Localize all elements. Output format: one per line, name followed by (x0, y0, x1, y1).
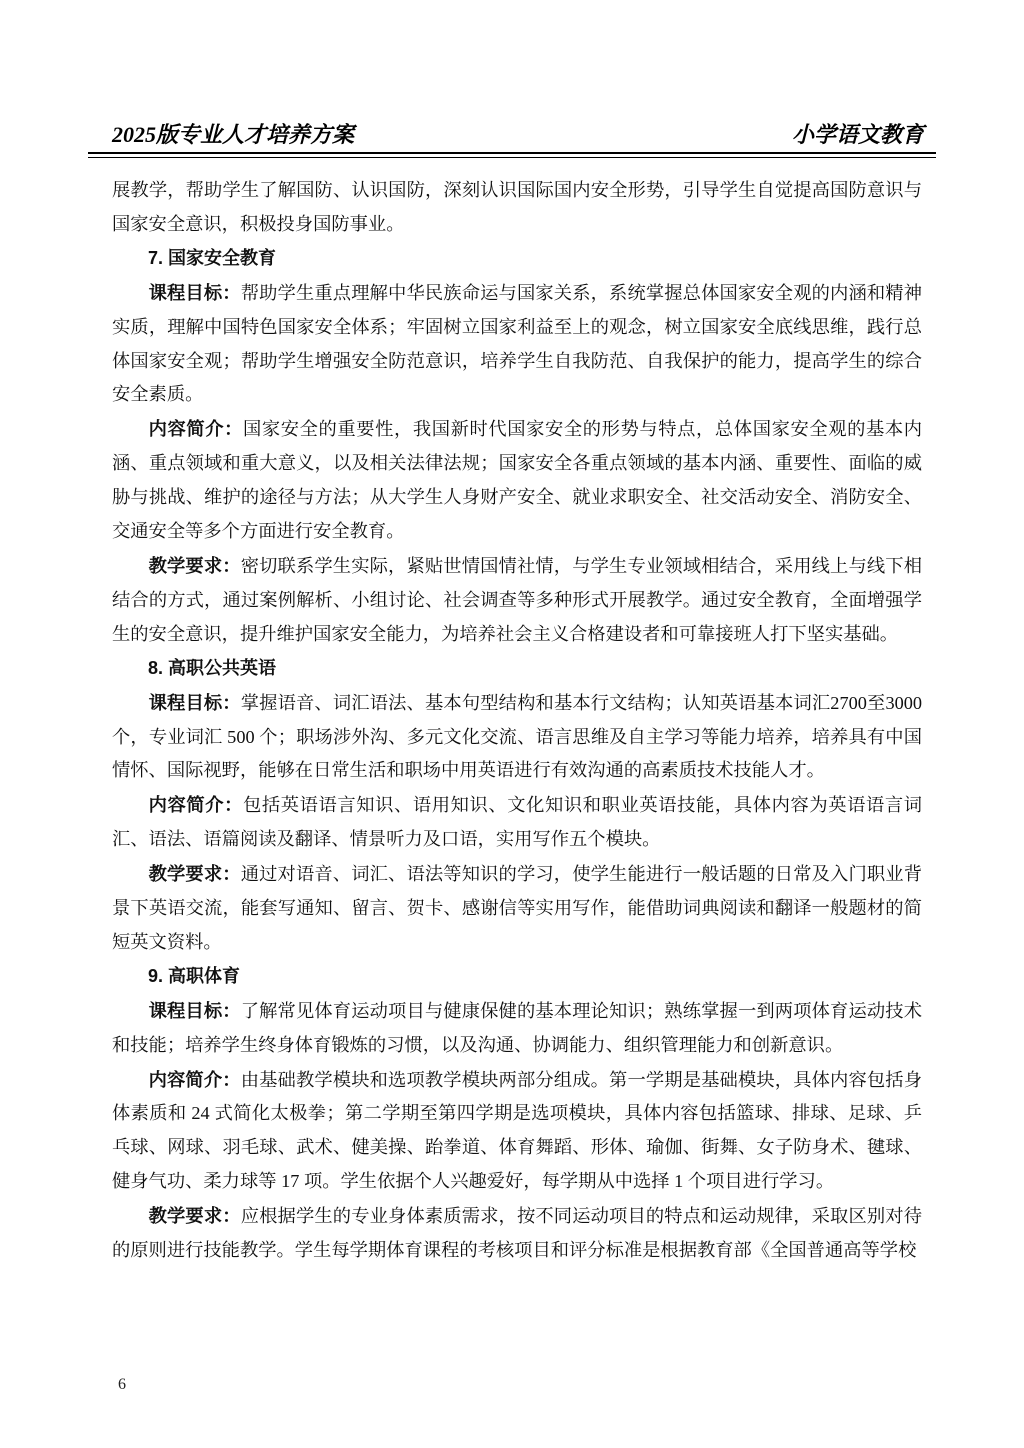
paragraph: 课程目标：帮助学生重点理解中华民族命运与国家关系，系统掌握总体国家安全观的内涵和… (112, 276, 922, 413)
paragraph: 内容简介：由基础教学模块和选项教学模块两部分组成。第一学期是基础模块，具体内容包… (112, 1063, 922, 1200)
paragraph: 教学要求：通过对语音、词汇、语法等知识的学习，使学生能进行一般话题的日常及入门职… (112, 857, 922, 960)
paragraph: 展教学，帮助学生了解国防、认识国防，深刻认识国际国内安全形势，引导学生自觉提高国… (112, 174, 922, 242)
paragraph-label: 教学要求： (149, 1205, 241, 1226)
section-heading: 9. 高职体育 (112, 960, 922, 994)
header-double-rule (88, 152, 936, 158)
paragraph-label: 内容简介： (149, 418, 243, 439)
header-left-title: 2025版专业人才培养方案 (112, 118, 354, 149)
page-footer: 6 (118, 1376, 126, 1394)
paragraph: 课程目标：掌握语音、词汇语法、基本句型结构和基本行文结构；认知英语基本词汇270… (112, 686, 922, 789)
header-right-title: 小学语文教育 (792, 118, 924, 149)
page-header: 2025版专业人才培养方案 小学语文教育 (112, 118, 924, 149)
document-page: 2025版专业人才培养方案 小学语文教育 展教学，帮助学生了解国防、认识国防，深… (0, 0, 1024, 1448)
paragraph-label: 课程目标： (149, 282, 241, 303)
paragraph: 教学要求：应根据学生的专业身体素质需求，按不同运动项目的特点和运动规律，采取区别… (112, 1199, 922, 1268)
paragraph-label: 课程目标： (149, 1000, 241, 1021)
paragraph: 教学要求：密切联系学生实际，紧贴世情国情社情，与学生专业领域相结合，采用线上与线… (112, 549, 922, 652)
paragraph-label: 课程目标： (149, 692, 241, 713)
paragraph-label: 教学要求： (149, 863, 241, 884)
paragraph-label: 内容简介： (149, 1069, 241, 1090)
section-heading: 8. 高职公共英语 (112, 652, 922, 686)
paragraph: 内容简介：包括英语语言知识、语用知识、文化知识和职业英语技能，具体内容为英语语言… (112, 788, 922, 857)
paragraph: 课程目标：了解常见体育运动项目与健康保健的基本理论知识；熟练掌握一到两项体育运动… (112, 994, 922, 1063)
paragraph-label: 内容简介： (149, 794, 243, 815)
page-number: 6 (118, 1376, 126, 1393)
section-heading: 7. 国家安全教育 (112, 242, 922, 276)
paragraph-label: 教学要求： (149, 555, 241, 576)
document-body: 展教学，帮助学生了解国防、认识国防，深刻认识国际国内安全形势，引导学生自觉提高国… (112, 174, 922, 1268)
paragraph: 内容简介：国家安全的重要性，我国新时代国家安全的形势与特点，总体国家安全观的基本… (112, 412, 922, 549)
